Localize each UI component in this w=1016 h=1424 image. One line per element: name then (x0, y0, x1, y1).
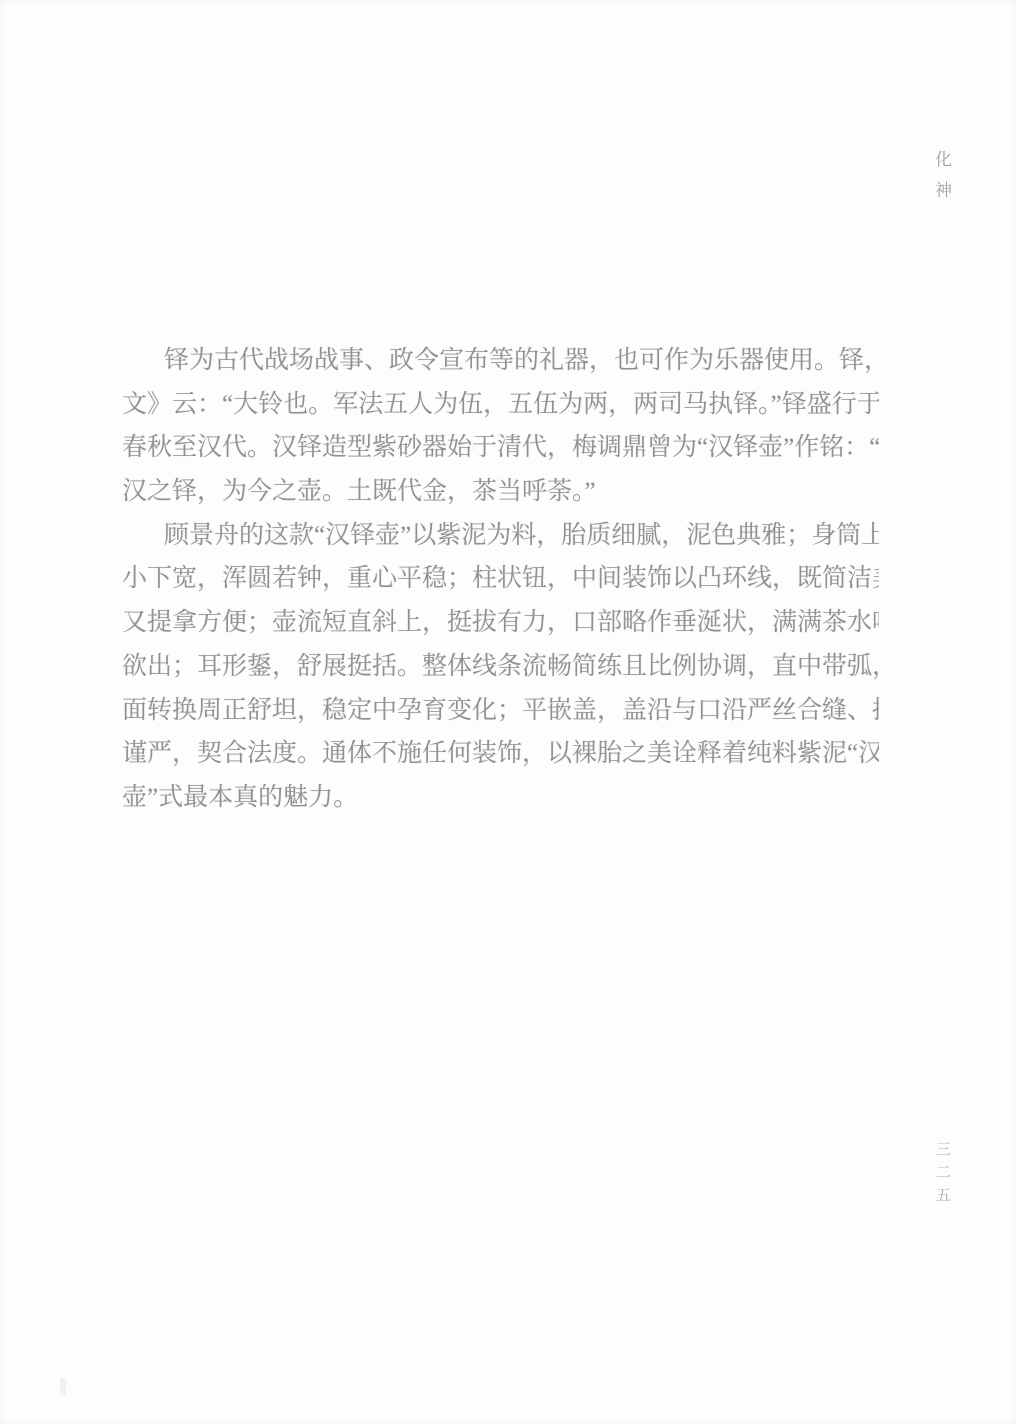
text-line: 汉之铎，为今之壶。土既代金，茶当呼荼。” (122, 470, 879, 514)
body-text-block: 铎为古代战场战事、政令宣布等的礼器，也可作为乐器使用。铎，《说文》云：“大铃也。… (122, 339, 879, 820)
book-page: 化神 铎为古代战场战事、政令宣布等的礼器，也可作为乐器使用。铎，《说文》云：“大… (0, 0, 1016, 1424)
text-line: 欲出；耳形鋬，舒展挺括。整体线条流畅简练且比例协调，直中带弧，线 (122, 645, 879, 689)
text-line: 小下宽，浑圆若钟，重心平稳；柱状钮，中间装饰以凸环线，既简洁美观 (122, 557, 879, 601)
text-line: 谨严，契合法度。通体不施任何装饰，以裸胎之美诠释着纯料紫泥“汉铎 (122, 732, 879, 776)
text-line: 壶”式最本真的魅力。 (122, 776, 879, 820)
text-line: 铎为古代战场战事、政令宣布等的礼器，也可作为乐器使用。铎，《说 (122, 339, 879, 383)
text-line: 又提拿方便；壶流短直斜上，挺拔有力，口部略作垂涎状，满满茶水呼之 (122, 601, 879, 645)
text-line: 顾景舟的这款“汉铎壶”以紫泥为料，胎质细腻，泥色典雅；身筒上 (122, 514, 879, 558)
page-number-vertical: 三二五 (932, 1141, 953, 1210)
chapter-header-vertical: 化神 (929, 150, 954, 212)
text-line: 文》云：“大铃也。军法五人为伍，五伍为两，两司马执铎。”铎盛行于中国 (122, 383, 879, 427)
scan-artifact-mark (60, 1378, 66, 1395)
text-line: 面转换周正舒坦，稳定中孕育变化；平嵌盖，盖沿与口沿严丝合缝、技艺 (122, 689, 879, 733)
text-line: 春秋至汉代。汉铎造型紫砂器始于清代，梅调鼎曾为“汉铎壶”作铭：“以 (122, 426, 879, 470)
